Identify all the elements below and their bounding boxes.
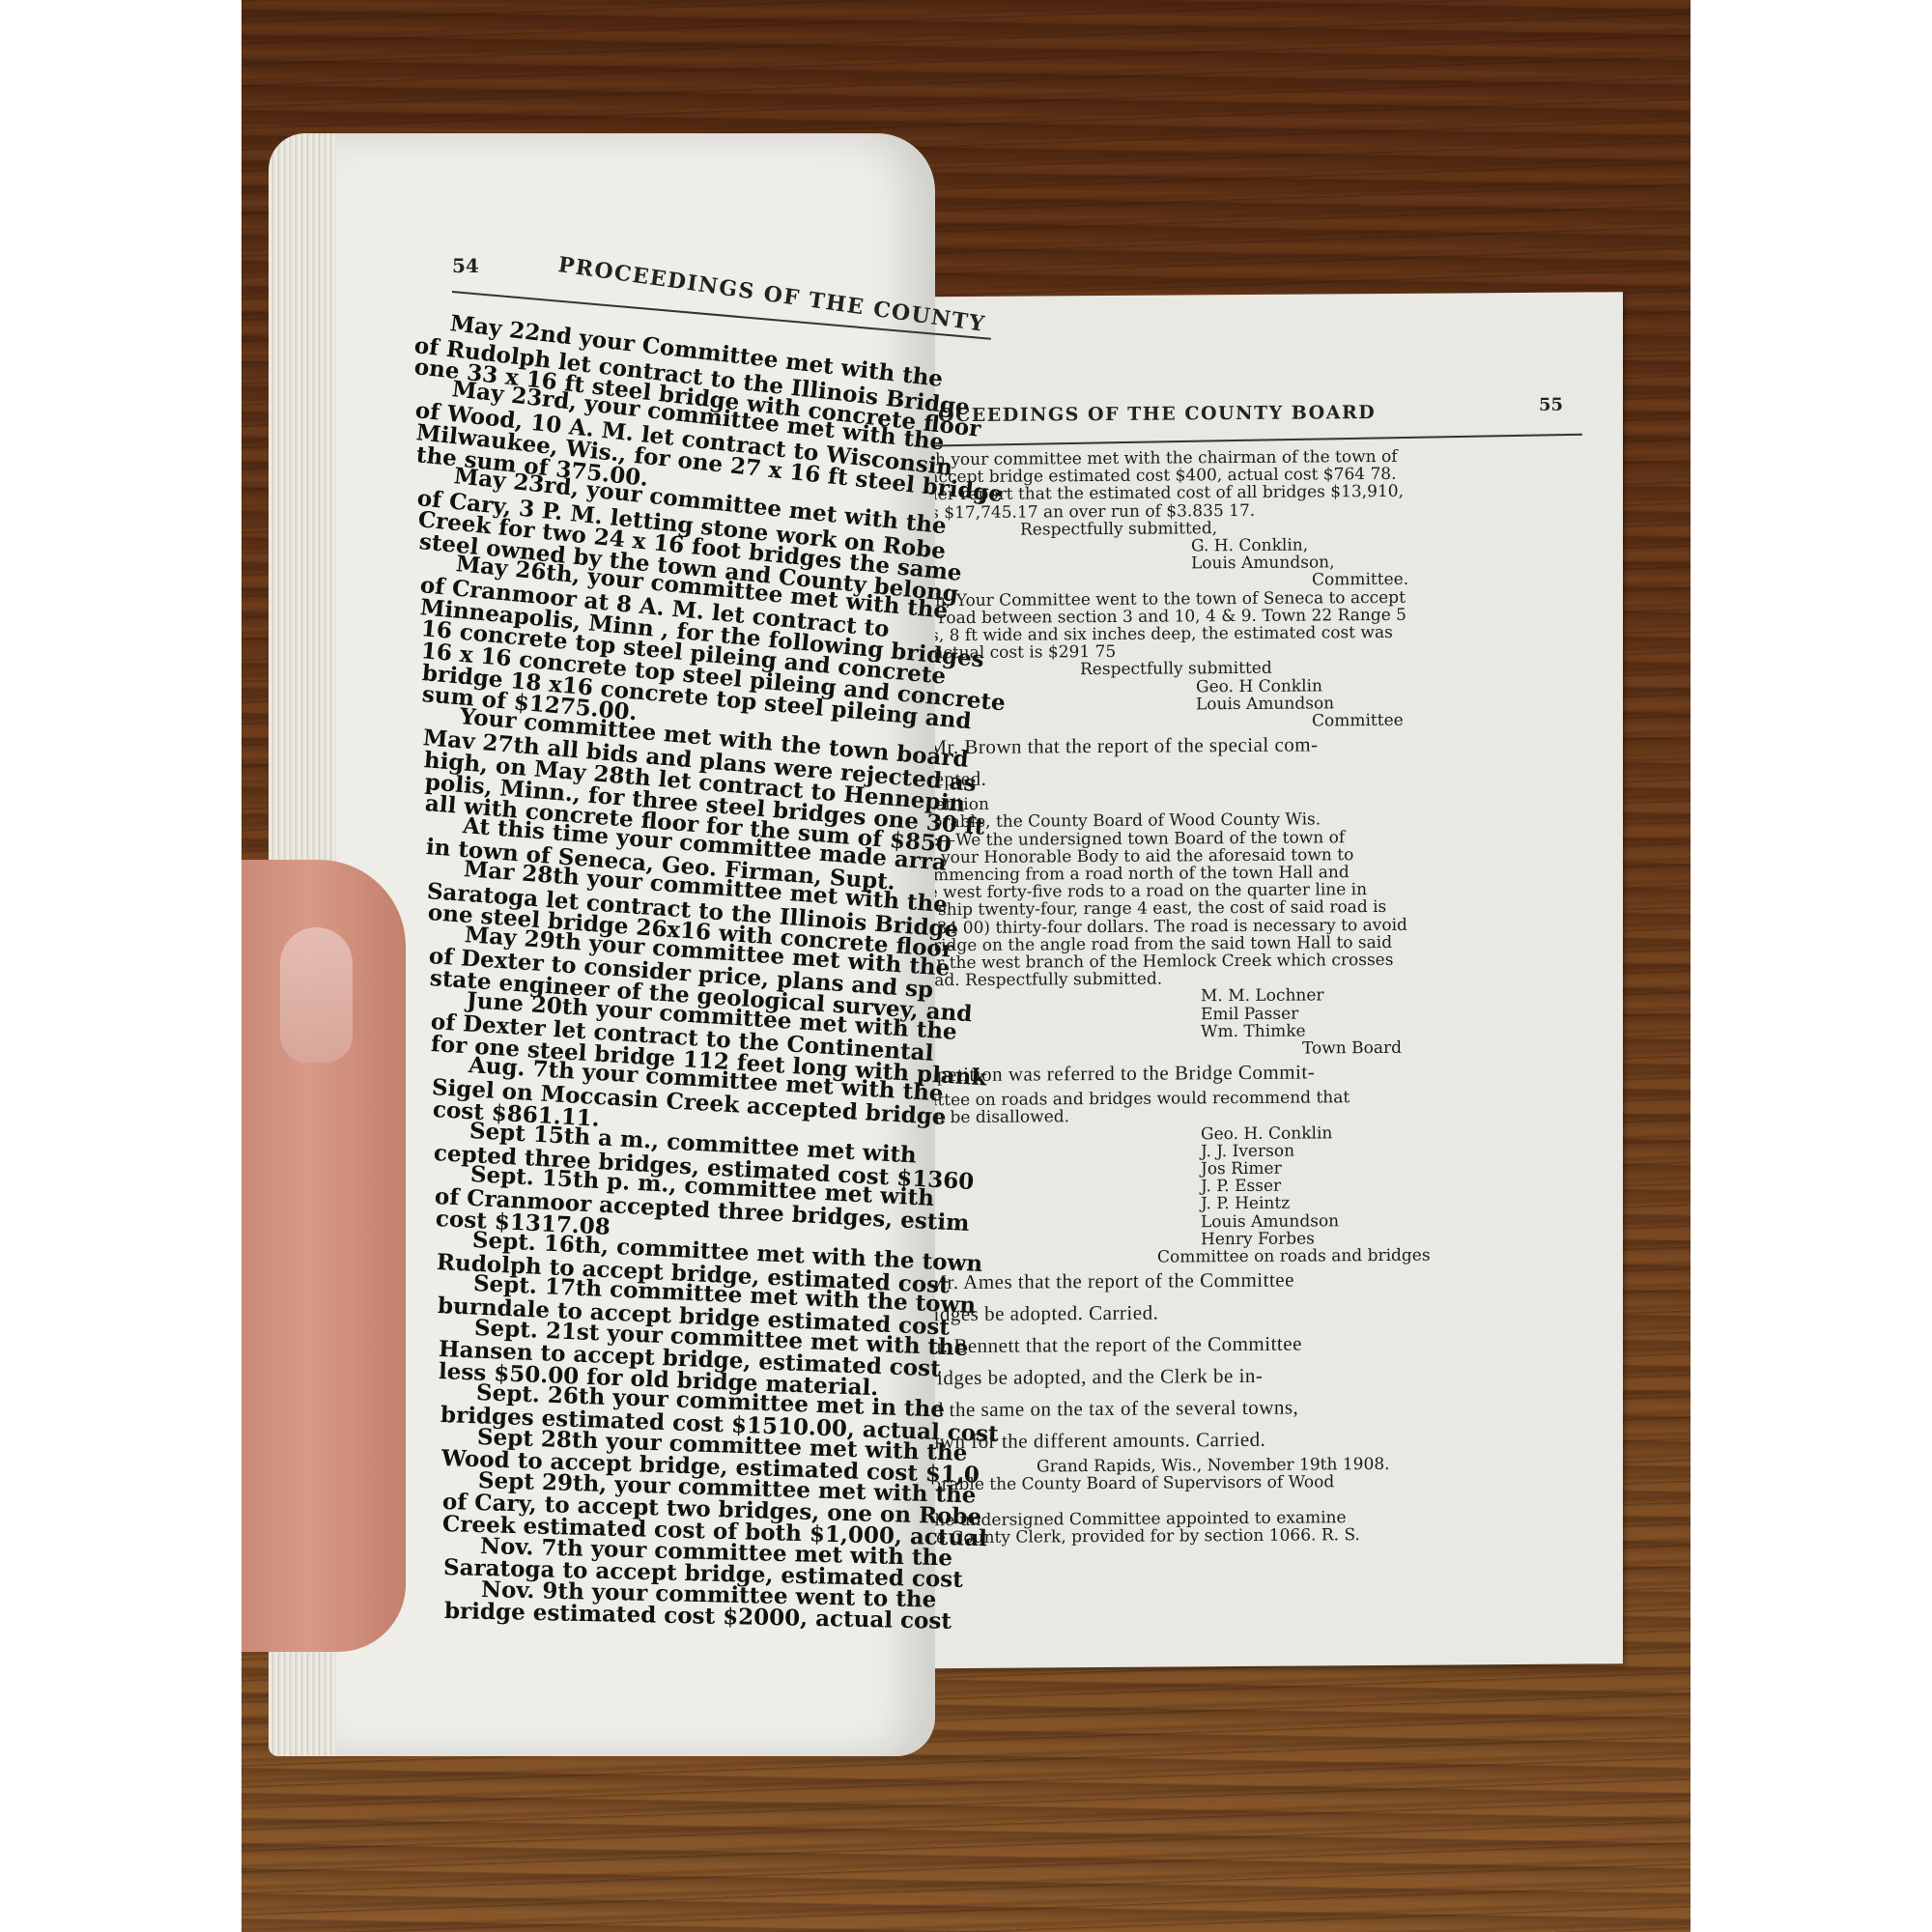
right-page-header: PROCEEDINGS OF THE COUNTY BOARD 55 [906, 401, 1573, 406]
text-line: J. P. Esser [1201, 1178, 1281, 1196]
right-page-body: Nov. 10th your committee met with the ch… [858, 446, 1621, 452]
left-page-sheet: 54 PROCEEDINGS OF THE COUNTY May 22nd yo… [336, 133, 935, 1756]
text-line: Louis Amundson [1201, 1212, 1339, 1231]
text-line: J. J. Iverson [1201, 1142, 1294, 1160]
page-number: 55 [1539, 395, 1563, 415]
text-line: Louis Amundson, [1191, 554, 1335, 573]
text-line: M. M. Lochner [1201, 987, 1324, 1006]
text-line: Respectfully submitted, [1020, 520, 1217, 538]
text-line: Geo. H Conklin [1196, 677, 1322, 696]
text-line: Town Board [1302, 1039, 1402, 1058]
text-line: Respectfully submitted [1080, 660, 1272, 678]
text-line: Wm. Thimke [1201, 1022, 1306, 1040]
text-line: 149 rods, 8 ft wide and six inches deep,… [866, 624, 1393, 645]
text-line: Henry Forbes [1201, 1230, 1315, 1248]
text-line: Committee on roads and bridges [1157, 1247, 1431, 1266]
header-rule [887, 434, 1582, 448]
text-line: Geo. H. Conklin [1201, 1124, 1332, 1143]
text-line: Emil Passer [1201, 1005, 1298, 1023]
text-line: Committee [1312, 712, 1404, 730]
left-page-body: May 22nd your Committee met with theof R… [336, 133, 935, 1756]
text-line: J. P. Heintz [1201, 1195, 1290, 1213]
text-line: Louis Amundson [1196, 695, 1334, 713]
text-line: Committee. [1312, 571, 1408, 589]
text-line: Jos Rimer [1201, 1160, 1282, 1179]
text-line: G. H. Conklin, [1191, 537, 1308, 555]
text-line: Grand Rapids, Wis., November 19th 1908. [1037, 1456, 1390, 1476]
thumbnail [280, 927, 353, 1063]
